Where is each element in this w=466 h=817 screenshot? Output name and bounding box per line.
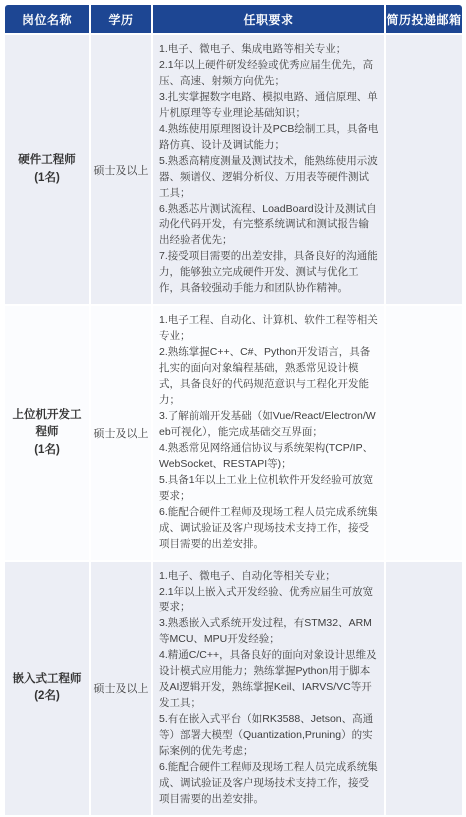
position-name: 上位机开发工程师 bbox=[9, 407, 85, 442]
position-name: 硬件工程师 bbox=[18, 152, 76, 169]
header-education: 学历 bbox=[91, 5, 151, 33]
position-cell: 上位机开发工程师 (1名) bbox=[5, 306, 89, 559]
header-requirements: 任职要求 bbox=[153, 5, 384, 33]
email-cell bbox=[386, 562, 462, 645]
table-body: 硬件工程师 (1名) 硕士及以上 1.电子、微电子、集成电路等相关专业； 2.1… bbox=[5, 35, 462, 645]
email-cell bbox=[386, 306, 462, 559]
requirements-cell: 1.电子、微电子、自动化等相关专业； 2.1年以上嵌入式开发经验、优秀应届生可放… bbox=[153, 562, 384, 645]
table-row: 上位机开发工程师 (1名) 硕士及以上 1.电子工程、自动化、计算机、软件工程等… bbox=[5, 306, 462, 559]
education-cell: 硕士及以上 bbox=[91, 306, 151, 559]
requirements-cell: 1.电子工程、自动化、计算机、软件工程等相关专业； 2.熟练掌握C++、C#、P… bbox=[153, 306, 384, 559]
table-row: 硬件工程师 (1名) 硕士及以上 1.电子、微电子、集成电路等相关专业； 2.1… bbox=[5, 35, 462, 304]
education-cell: 硕士及以上 bbox=[91, 35, 151, 304]
table-row: 嵌入式工程师 (2名) 硕士及以上 1.电子、微电子、自动化等相关专业； 2.1… bbox=[5, 562, 462, 645]
header-position: 岗位名称 bbox=[5, 5, 89, 33]
table-header-row: 岗位名称 学历 任职要求 简历投递邮箱 bbox=[5, 5, 462, 33]
email-cell bbox=[386, 35, 462, 304]
position-cell: 嵌入式工程师 (2名) bbox=[5, 562, 89, 645]
requirements-cell: 1.电子、微电子、集成电路等相关专业； 2.1年以上硬件研发经验或优秀应届生优先… bbox=[153, 35, 384, 304]
education-cell: 硕士及以上 bbox=[91, 562, 151, 645]
recruitment-table: 岗位名称 学历 任职要求 简历投递邮箱 硬件工程师 (1名) 硕士及以上 1.电… bbox=[5, 5, 462, 645]
position-count: (1名) bbox=[34, 442, 60, 459]
position-cell: 硬件工程师 (1名) bbox=[5, 35, 89, 304]
header-resume-email: 简历投递邮箱 bbox=[386, 5, 462, 33]
position-count: (1名) bbox=[34, 170, 60, 187]
